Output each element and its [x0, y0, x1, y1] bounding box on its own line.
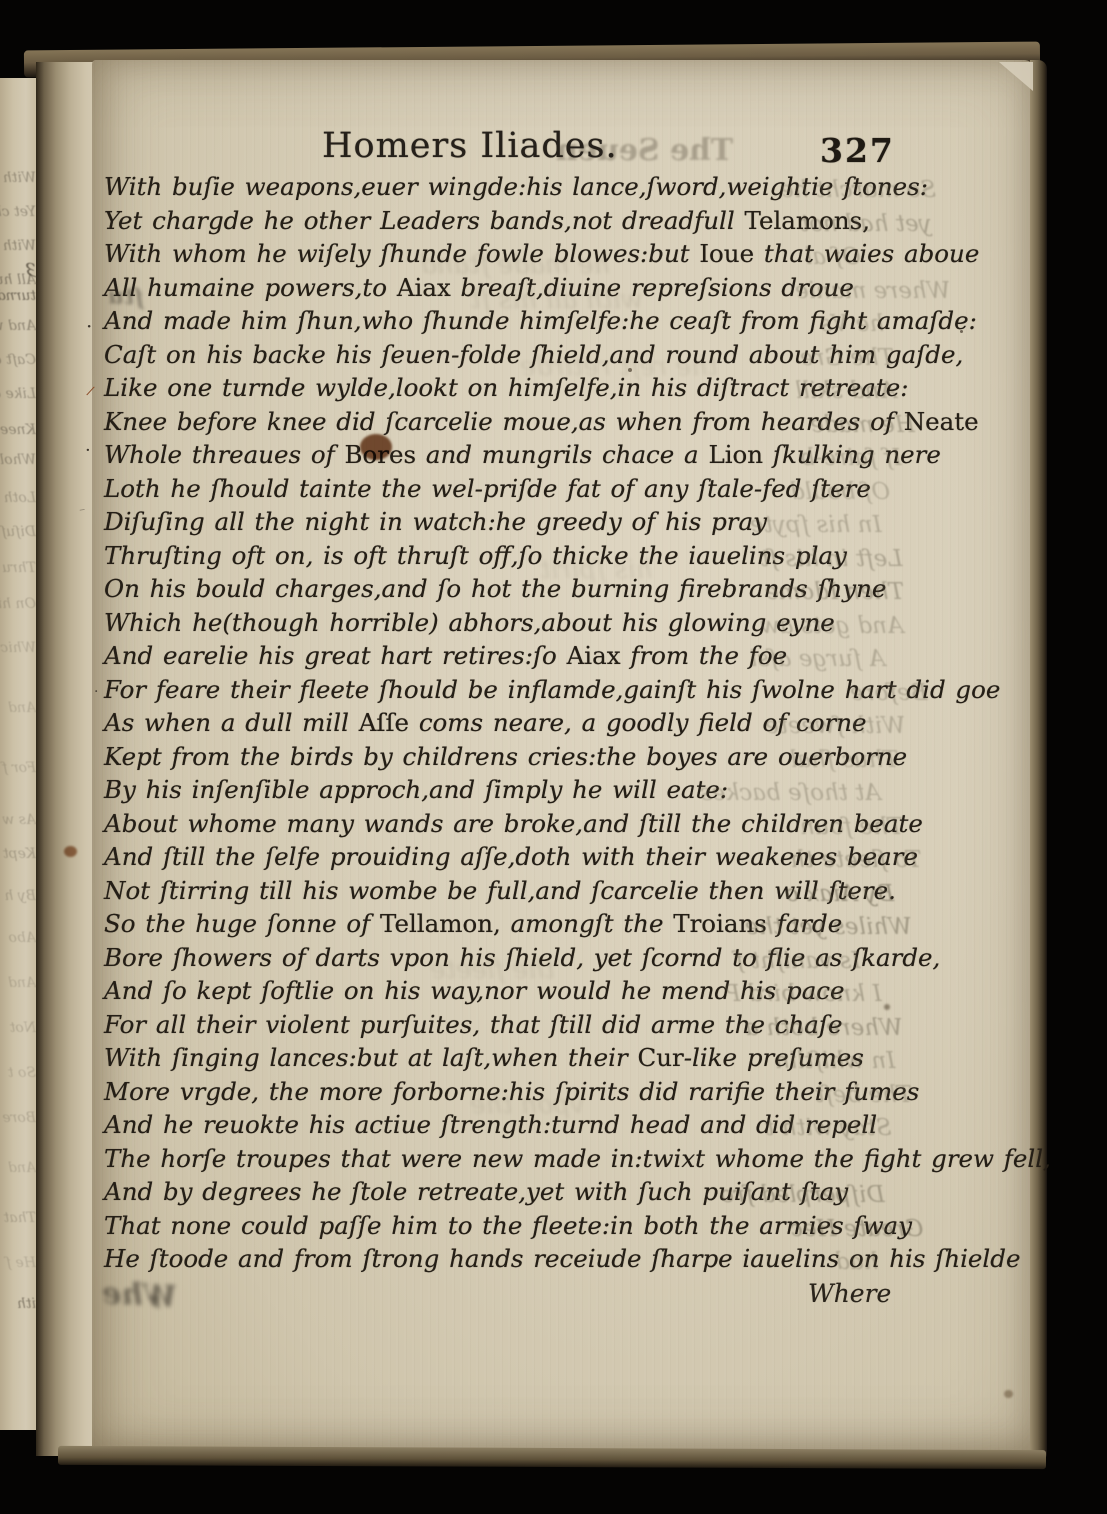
show-through-text: In his ſpyte — [750, 512, 882, 538]
poem-line: And earelie his great hart retires:ſo Ai… — [104, 641, 787, 670]
poem-line: Not ſtirring till his wombe be full,and … — [104, 876, 896, 905]
poem-line: With ſinging lances:but at laſt,when the… — [104, 1043, 864, 1072]
show-through-text: And skill — [795, 378, 896, 404]
verse-text: As when a dull mill — [104, 708, 359, 737]
adjacent-page-text: turnde — [0, 288, 36, 304]
show-through-text: The foun — [800, 814, 903, 840]
verse-text: Diſuſing all the night in watch:he greed… — [104, 507, 767, 536]
ink-smudge: ſtu — [107, 283, 144, 311]
proper-name-roman: Lion — [708, 440, 763, 469]
adjacent-page-text: For f — [0, 760, 36, 776]
adjacent-page-text: Thru — [0, 560, 36, 576]
poem-line: Like one turnde wylde,lookt on himſelfe,… — [104, 373, 908, 402]
book-bottom-edge — [58, 1446, 1046, 1469]
adjacent-page-text: Caſt o — [0, 352, 36, 368]
show-through-text: He made — [810, 412, 915, 438]
show-through-text: And gets aw — [760, 613, 904, 639]
verse-text: By his inſenſible approch,and ſimply he … — [104, 775, 728, 804]
verse-text: Not ſtirring till his wombe be full,and … — [104, 876, 896, 905]
adjacent-page-text: And w — [0, 318, 36, 334]
running-title: Homers Iliades. — [322, 126, 618, 166]
show-through-text: So marcht he — [780, 177, 936, 203]
show-through-text: Of bould — [790, 479, 890, 505]
show-through-text: In whiſtlin — [775, 1048, 895, 1074]
adjacent-page-text: Diſuſ — [0, 524, 36, 540]
verse-text: With ſinging lances:but at laſt,when the… — [104, 1043, 637, 1072]
show-through-text: he Vs — [820, 311, 884, 337]
adjacent-page-text: Whic — [0, 640, 36, 656]
verse-text: The horſe troupes that were new made in:… — [104, 1144, 1051, 1173]
verse-text: Thruſting oft on, is oft thruſt off,ſo t… — [104, 541, 847, 570]
show-through-text: The Gre — [800, 345, 894, 371]
show-through-text: Where both a — [745, 1015, 903, 1041]
adjacent-page-text: All hu — [0, 272, 36, 288]
catchword: Where — [808, 1279, 891, 1308]
show-through-text: By Aiax o — [785, 881, 894, 907]
show-through-text: yet had not — [800, 211, 932, 237]
adjacent-page-text: Bore — [0, 1110, 36, 1126]
proper-name-roman: Cur — [637, 1043, 683, 1072]
book-right-edge — [1030, 60, 1047, 1462]
poem-line: As when a dull mill Aſſe coms neare, a g… — [104, 708, 867, 737]
show-through-text: had — [835, 1249, 878, 1275]
adjacent-page-text: Like o — [0, 386, 36, 402]
show-through-text-mid: vpon the — [470, 1090, 585, 1120]
verse-text: and mungrils chace a — [416, 440, 708, 469]
verse-text: Which he(though horrible) abhors,about h… — [104, 608, 835, 637]
stain-blot — [360, 434, 392, 460]
poem-line: Yet chargde he other Leaders bands,not d… — [104, 206, 870, 235]
ink-smudge: r — [149, 1288, 162, 1315]
verse-text: Like one turnde wylde,lookt on himſelfe,… — [104, 373, 908, 402]
poem-line: Diſuſing all the night in watch:he greed… — [104, 507, 767, 536]
adjacent-page-text: So t — [0, 1065, 36, 1081]
adjacent-page-text: That — [0, 1210, 36, 1226]
proper-name-roman: Neate — [904, 407, 979, 436]
proper-name-roman: Tellamon, — [380, 909, 501, 938]
stain-blot — [884, 1004, 890, 1010]
folio-number: 327 — [820, 131, 895, 170]
stain-blot — [64, 846, 77, 857]
proper-name-roman: Aiax — [567, 641, 621, 670]
show-through-text: With ſweete — [765, 713, 905, 739]
ink-smudge: Whe — [101, 1276, 177, 1315]
show-through-text: Of al — [805, 244, 861, 270]
verse-text: He ſtoode and from ſtrong hands receiude… — [104, 1244, 1020, 1273]
poem-line: For all their violent purſuites, that ſt… — [104, 1010, 842, 1039]
show-through-text: To fleete th — [790, 847, 922, 873]
proper-name-roman: Ioue — [699, 239, 754, 268]
show-through-text: Thus ſhal — [790, 747, 898, 773]
show-through-text-mid: his ſpirit — [540, 555, 652, 585]
margin-mark: · — [86, 314, 92, 338]
show-through-text-mid: with all his ſt — [470, 285, 643, 315]
poem-line: Which he(though horrible) abhors,about h… — [104, 608, 835, 637]
adjacent-page-text: Not — [0, 1020, 36, 1036]
adjacent-page-text: And — [0, 1160, 36, 1176]
proper-name-roman: Aſſe — [359, 708, 409, 737]
verse-text: All humaine powers,to — [104, 273, 397, 302]
adjacent-page-text: And — [0, 975, 36, 991]
adjacent-page-text: With b — [0, 170, 36, 186]
adjacent-page-text: Kept — [0, 846, 36, 862]
poem-line: Loth he ſhould tainte the wel-priſde fat… — [104, 474, 871, 503]
verse-text: Loth he ſhould tainte the wel-priſde fat… — [104, 474, 871, 503]
poem-line: Kept from the birds by childrens cries:t… — [104, 742, 907, 771]
adjacent-page-text: By h — [0, 888, 36, 904]
adjacent-page-text: And — [0, 700, 36, 716]
gutter-fold — [36, 62, 94, 1456]
book-photo: The Seuen Homers Iliades. 327 With buſie… — [0, 0, 1107, 1514]
poem-line: By his inſenſible approch,and ſimply he … — [104, 775, 728, 804]
adjacent-page-text: With — [0, 238, 36, 254]
show-through-text: Before — [850, 680, 927, 706]
verse-text: So the huge ſonne of — [104, 909, 380, 938]
adjacent-page-text: ith — [0, 1296, 36, 1312]
verse-text: amongſt the — [501, 909, 673, 938]
adjacent-page-text: Abo — [0, 930, 36, 946]
verse-text: Kept from the birds by childrens cries:t… — [104, 742, 907, 771]
adjacent-page-text: On hi — [0, 596, 36, 612]
poem-line: Thruſting oft on, is oft thruſt off,ſo t… — [104, 541, 847, 570]
verse-text: With whom he wiſely ſhunde fowle blowes:… — [104, 239, 699, 268]
stain-blot — [960, 330, 963, 333]
poem-line: He ſtoode and from ſtrong hands receiude… — [104, 1244, 1020, 1273]
adjacent-page-text: He ſ — [0, 1255, 36, 1271]
verse-text: Yet chargde he other Leaders bands,not d… — [104, 206, 745, 235]
show-through-text-mid: he made ſtand — [420, 250, 610, 280]
show-through-text: A ſurge aſsi — [750, 646, 885, 672]
show-through-text: Where manie — [795, 278, 950, 304]
adjacent-page-text: Loth — [0, 490, 36, 506]
margin-mark: · — [85, 440, 91, 461]
margin-mark: · — [94, 684, 98, 700]
stain-blot — [1004, 1390, 1013, 1398]
show-through-text: Then Idome — [765, 579, 904, 605]
show-through-text: Greate Hec — [790, 1216, 923, 1242]
show-through-text: Left in his ſt — [760, 546, 902, 572]
show-through-text: Stay with t — [765, 1115, 892, 1141]
show-through-text: The beſt — [815, 1082, 912, 1108]
show-through-text: At thoſe backes — [700, 780, 881, 806]
verse-text: And earelie his great hart retires:ſo — [104, 641, 567, 670]
show-through-text: Is vaniſht f — [735, 948, 860, 974]
adjacent-page-text: As w — [0, 812, 36, 828]
show-through-text-mid: the reſt retirde — [520, 352, 718, 382]
adjacent-page-text: Yet ch — [0, 204, 36, 220]
verse-text: that waies aboue — [754, 239, 979, 268]
show-through-text: If faire-b — [800, 445, 902, 471]
show-through-text: I know bird P — [725, 981, 882, 1007]
verse-text: Knee before knee did ſcarcelie moue,as w… — [104, 407, 904, 436]
verse-text: Whole threaues of — [104, 440, 345, 469]
stain-blot — [628, 368, 632, 372]
show-through-text: Diſperpled fro — [720, 1182, 885, 1208]
poem-line: The horſe troupes that were new made in:… — [104, 1144, 1051, 1173]
verse-text: For all their violent purſuites, that ſt… — [104, 1010, 842, 1039]
poem-line: So the huge ſonne of Tellamon, amongſt t… — [104, 909, 842, 938]
show-through-text-mid: the fleete — [430, 955, 555, 985]
adjacent-page-text: Whol — [0, 452, 36, 468]
show-through-text: Whiles yet the — [745, 914, 912, 940]
adjacent-page-text: Knee — [0, 422, 36, 438]
